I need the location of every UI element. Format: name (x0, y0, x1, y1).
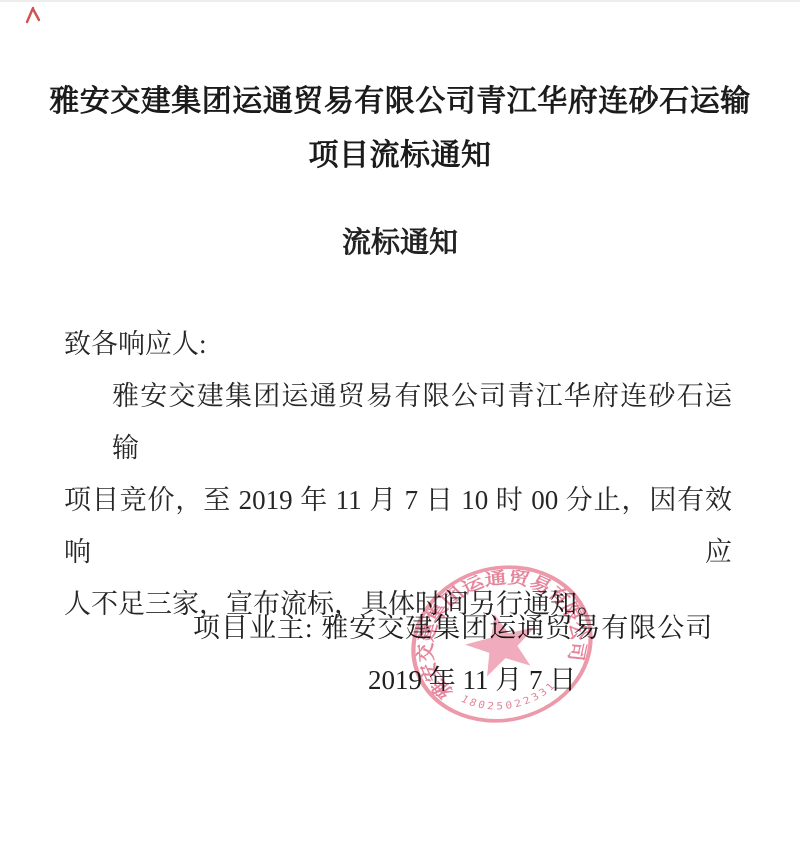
document-date: 2019 年 11 月 7 日 (368, 658, 576, 697)
notice-subtitle: 流标通知 (0, 220, 800, 261)
red-ink-mark (22, 6, 46, 26)
salutation: 致各响应人: (64, 318, 732, 370)
document-title-line1: 雅安交建集团运通贸易有限公司青江华府连砂石运输 (0, 76, 800, 120)
body-line-1: 雅安交建集团运通贸易有限公司青江华府连砂石运输 (64, 370, 732, 474)
document-title-line2: 项目流标通知 (0, 130, 800, 174)
notice-body: 致各响应人: 雅安交建集团运通贸易有限公司青江华府连砂石运输 项目竞价，至 20… (64, 318, 732, 630)
body-line-2: 项目竞价，至 2019 年 11 月 7 日 10 时 00 分止，因有效响应 (64, 474, 732, 578)
document-page: 雅安交建集团运通贸易有限公司青江华府连砂石运输 项目流标通知 流标通知 致各响应… (0, 0, 800, 847)
project-owner-line: 项目业主: 雅安交建集团运通贸易有限公司 (193, 606, 713, 645)
